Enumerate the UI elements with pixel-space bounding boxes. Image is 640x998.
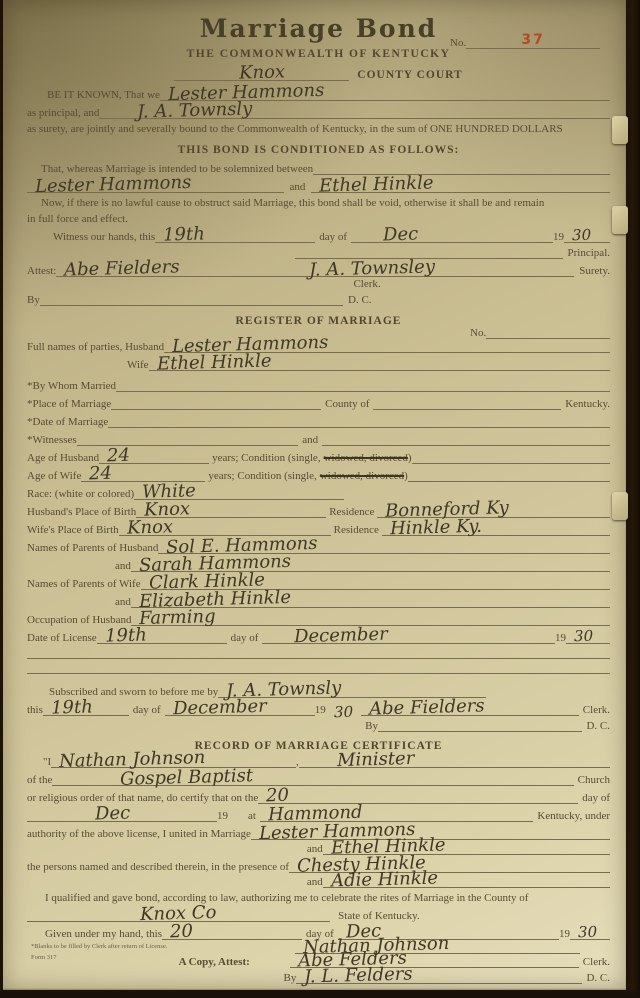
minister-title-handwritten: Minister bbox=[329, 750, 423, 770]
license-year-prefix: 19 bbox=[555, 632, 566, 644]
register-by-line bbox=[378, 731, 583, 732]
by-whom-row: *By Whom Married bbox=[27, 380, 610, 392]
united-bride-row: and Ethel Hinkle bbox=[27, 841, 610, 855]
as-principal-row: as principal, and J. A. Townsly bbox=[27, 105, 610, 119]
occupation-label: Occupation of Husband bbox=[27, 614, 131, 626]
license-label: Date of License bbox=[27, 632, 97, 644]
copy-by-row: By J. L. Felders D. C. bbox=[27, 970, 610, 984]
surety-label: Surety. bbox=[579, 265, 610, 277]
cert-month-line: Dec bbox=[27, 808, 217, 822]
date-of-marriage-line bbox=[108, 427, 610, 428]
age-husband-label: Age of Husband bbox=[27, 452, 99, 464]
register-by-row: By D. C. bbox=[27, 720, 610, 732]
lawful-text-2: in full force and effect. bbox=[27, 213, 128, 225]
witness-month-handwritten: Dec bbox=[375, 225, 427, 244]
age-husband-row: Age of Husband 24 years; Condition (sing… bbox=[27, 450, 610, 464]
footnote-form: Form 317 bbox=[31, 952, 167, 964]
photo-edge-bottom bbox=[0, 988, 640, 998]
church-label: Church bbox=[578, 774, 610, 786]
license-day-line: 19th bbox=[97, 630, 227, 644]
county-court-label: COUNTY COURT bbox=[357, 69, 462, 81]
presence-witness2-handwritten: Adie Hinkle bbox=[323, 869, 446, 890]
full-names-label: Full names of parties, Husband bbox=[27, 341, 164, 353]
witness-month-line: Dec bbox=[351, 229, 553, 243]
parents-wife-row: Names of Parents of Wife Clark Hinkle bbox=[27, 576, 610, 590]
copy-by-line: J. L. Felders bbox=[296, 970, 582, 984]
cert-day-line: 20 bbox=[258, 790, 578, 804]
wife-residence-label: Residence bbox=[334, 524, 379, 536]
age-wife-tail-line bbox=[408, 481, 610, 482]
conditioned-heading: THIS BOND IS CONDITIONED AS FOLLOWS: bbox=[27, 144, 610, 156]
attest-label: Attest: bbox=[27, 265, 56, 277]
given-label: Given under my hand, this bbox=[45, 928, 162, 940]
church-handwritten: Gospel Baptist bbox=[112, 767, 261, 788]
cert-at-label: at bbox=[248, 810, 256, 822]
husband-birth-row: Husband's Place of Birth Knox Residence … bbox=[27, 504, 610, 518]
surety-name-line: J. A. Townsly bbox=[99, 105, 610, 119]
day-of-label: day of bbox=[319, 231, 347, 243]
sworn-year-prefix: 19 bbox=[315, 704, 326, 716]
parents-wife-label: Names of Parents of Wife bbox=[27, 578, 141, 590]
place-label: *Place of Marriage bbox=[27, 398, 111, 410]
sworn-day-of: day of bbox=[133, 704, 161, 716]
minister-row: "I Nathan Johnson , Minister bbox=[27, 754, 610, 768]
bond-number-value: 37 bbox=[521, 32, 544, 48]
sworn-date-row: this 19th day of December 1930 Abe Field… bbox=[27, 702, 610, 716]
copy-dc-label: D. C. bbox=[586, 972, 610, 984]
cert-month-handwritten: Dec bbox=[87, 804, 139, 823]
bond-number: No. 37 bbox=[450, 32, 600, 49]
age-wife-handwritten: 24 bbox=[81, 464, 120, 482]
register-clerk-label: Clerk. bbox=[583, 704, 610, 716]
attest-clerk-signature: Abe Fielders bbox=[56, 258, 188, 279]
given-year-line: 30 bbox=[570, 927, 610, 940]
husband-residence-label: Residence bbox=[329, 506, 374, 518]
church-line: Gospel Baptist bbox=[52, 772, 573, 786]
bond-number-label: No. bbox=[450, 37, 466, 49]
register-clerk-sig-line: Abe Fielders bbox=[361, 702, 579, 716]
copy-clerk-label: Clerk. bbox=[583, 956, 610, 968]
sworn-year-handwritten: 30 bbox=[326, 704, 361, 719]
condition-husband-struck: widowed, divorced bbox=[324, 452, 408, 464]
qualified-text: I qualified and gave bond, according to … bbox=[45, 892, 528, 904]
husband-residence-line: Bonneford Ky bbox=[377, 504, 610, 518]
race-row: Race: (white or colored) White bbox=[27, 486, 610, 500]
qualified-row: I qualified and gave bond, according to … bbox=[27, 892, 610, 904]
wife-residence-handwritten: Hinkle Ky. bbox=[382, 517, 490, 537]
paper-tab-3 bbox=[612, 492, 628, 520]
register-heading: REGISTER OF MARRIAGE bbox=[27, 315, 610, 327]
by-whom-label: *By Whom Married bbox=[27, 380, 116, 392]
clerk-label: Clerk. bbox=[353, 278, 380, 290]
wife-name-row: Wife Ethel Hinkle bbox=[27, 357, 610, 371]
sworn-day-line: 19th bbox=[43, 702, 129, 716]
sworn-month-line: December bbox=[165, 702, 315, 716]
bond-by-row: By D. C. bbox=[27, 294, 610, 306]
presence-and: and bbox=[307, 876, 323, 888]
united-and: and bbox=[307, 843, 323, 855]
lawful-text-1: Now, if there is no lawful cause to obst… bbox=[41, 197, 544, 209]
witnesses-and: and bbox=[302, 434, 318, 446]
principal-label: Principal. bbox=[568, 247, 610, 259]
condition-husband-label: years; Condition (single, bbox=[212, 452, 320, 464]
license-day-handwritten: 19th bbox=[96, 626, 154, 645]
county-of-label: County of bbox=[325, 398, 369, 410]
wife-name-handwritten: Ethel Hinkle bbox=[148, 352, 279, 373]
register-by-label: By bbox=[365, 720, 378, 732]
register-dc-label: D. C. bbox=[586, 720, 610, 732]
surety-clause-row: as surety, are jointly and severally bou… bbox=[27, 123, 610, 135]
age-wife-label: Age of Wife bbox=[27, 470, 81, 482]
husband-name-row: Full names of parties, Husband Lester Ha… bbox=[27, 339, 610, 353]
county-of-line bbox=[373, 409, 561, 410]
race-line: White bbox=[134, 486, 344, 500]
presence-label: the persons named and described therein,… bbox=[27, 861, 289, 873]
lawful-clause-1: Now, if there is no lawful cause to obst… bbox=[27, 197, 610, 209]
race-label: Race: (white or colored) bbox=[27, 488, 134, 500]
presence-row: the persons named and described therein,… bbox=[27, 859, 610, 873]
by-line bbox=[40, 305, 343, 306]
sworn-day-handwritten: 19th bbox=[43, 698, 101, 717]
wife-name-line: Ethel Hinkle bbox=[149, 357, 610, 371]
license-date-row: Date of License 19th day of December 19 … bbox=[27, 630, 610, 644]
witness-hands-row: Witness our hands, this 19th day of Dec … bbox=[27, 229, 610, 243]
county-court-row: Knox COUNTY COURT bbox=[27, 67, 610, 81]
order-label: or religious order of that name, do cert… bbox=[27, 792, 258, 804]
by-whom-line bbox=[116, 391, 610, 392]
year-prefix: 19 bbox=[553, 231, 564, 243]
couple-names-row: Lester Hammons and Ethel Hinkle bbox=[27, 179, 610, 193]
minister-name-line: Nathan Johnson bbox=[51, 754, 296, 768]
surety-clause-text: as surety, are jointly and severally bou… bbox=[27, 123, 563, 135]
wife-birth-handwritten: Knox bbox=[118, 518, 180, 537]
deputy-signature: J. L. Felders bbox=[296, 965, 421, 986]
condition-wife-struck: widowed, divorced bbox=[320, 470, 404, 482]
occupation-row: Occupation of Husband Farming bbox=[27, 612, 610, 626]
license-day-of: day of bbox=[231, 632, 259, 644]
cert-date-place-row: Dec 19 at Hammond Kentucky, under bbox=[27, 808, 610, 822]
certificate-i-label: "I bbox=[43, 756, 51, 768]
qualified-county-row: Knox Co State of Kentucky. bbox=[27, 908, 610, 922]
authority-label: authority of the above license, I united… bbox=[27, 828, 251, 840]
license-month-handwritten: December bbox=[286, 625, 396, 645]
witnesses-label: *Witnesses bbox=[27, 434, 77, 446]
ky-under-label: Kentucky, under bbox=[537, 810, 610, 822]
church-row: of the Gospel Baptist Church bbox=[27, 772, 610, 786]
place-of-marriage-row: *Place of Marriage County of Kentucky. bbox=[27, 398, 610, 410]
witness-day-line: 19th bbox=[155, 229, 315, 243]
given-day-handwritten: 20 bbox=[162, 922, 201, 940]
husband-birth-label: Husband's Place of Birth bbox=[27, 506, 136, 518]
and-label: and bbox=[290, 181, 306, 193]
cert-year-prefix: 19 bbox=[217, 810, 228, 822]
parents-husband-label: Names of Parents of Husband bbox=[27, 542, 158, 554]
copy-by-label: By bbox=[284, 972, 297, 984]
cert-day-handwritten: 20 bbox=[258, 786, 297, 804]
surety-sign-line: J. A. Townsley bbox=[301, 263, 574, 277]
groom-handwritten: Lester Hammons bbox=[27, 174, 200, 196]
bride-line: Ethel Hinkle bbox=[311, 179, 610, 193]
license-month-line: December bbox=[262, 630, 555, 644]
license-year-handwritten: 30 bbox=[566, 629, 601, 644]
parents-husband-row: Names of Parents of Husband Sol E. Hammo… bbox=[27, 540, 610, 554]
register-clerk-signature: Abe Fielders bbox=[361, 697, 493, 718]
united-row: authority of the above license, I united… bbox=[27, 826, 610, 840]
given-day-line: 20 bbox=[162, 926, 302, 940]
county-name-handwritten: Knox bbox=[231, 63, 293, 82]
be-it-known-label: BE IT KNOWN, That we bbox=[47, 89, 160, 101]
paper-tab-2 bbox=[612, 206, 628, 234]
sworn-this-label: this bbox=[27, 704, 43, 716]
paper-tab-1 bbox=[612, 116, 628, 144]
be-it-known-row: BE IT KNOWN, That we Lester Hammons bbox=[27, 87, 610, 101]
minister-title-line: Minister bbox=[299, 754, 610, 768]
condition-wife-label: years; Condition (single, bbox=[208, 470, 316, 482]
mother-husband-row: and Sarah Hammons bbox=[27, 558, 610, 572]
witnesses-line-2 bbox=[322, 445, 610, 446]
wife-birth-label: Wife's Place of Birth bbox=[27, 524, 119, 536]
bride-handwritten: Ethel Hinkle bbox=[311, 174, 442, 195]
mother-husband-and: and bbox=[115, 560, 131, 572]
witness-day-handwritten: 19th bbox=[155, 225, 213, 244]
of-the-label: of the bbox=[27, 774, 52, 786]
surety-name-handwritten: J. A. Townsly bbox=[129, 100, 261, 121]
age-husband-tail-line bbox=[412, 463, 610, 464]
sworn-month-handwritten: December bbox=[165, 697, 275, 717]
blank-rule-2 bbox=[27, 673, 610, 674]
given-year-handwritten: 30 bbox=[570, 925, 605, 940]
sworn-row: Subscribed and sworn to before me by J. … bbox=[27, 684, 610, 698]
mother-wife-and: and bbox=[115, 596, 131, 608]
witness-year-handwritten: 30 bbox=[564, 228, 599, 243]
marriage-bond-document: Marriage Bond No. 37 THE COMMONWEALTH OF… bbox=[3, 0, 626, 990]
license-year-line: 30 bbox=[566, 631, 610, 644]
attest-sig-line: Abe Fielders bbox=[56, 263, 301, 277]
father-wife-line: Clark Hinkle bbox=[141, 576, 610, 590]
blank-rule-1 bbox=[27, 658, 610, 659]
kentucky-label: Kentucky. bbox=[565, 398, 610, 410]
copy-attest-label: A Copy, Attest: bbox=[179, 956, 250, 968]
register-no-label: No. bbox=[470, 327, 486, 339]
by-label: By bbox=[27, 294, 40, 306]
footnote: *Blanks to be filled by Clerk after retu… bbox=[31, 941, 167, 964]
witness2-line: Adie Hinkle bbox=[323, 874, 610, 888]
wife-residence-line: Hinkle Ky. bbox=[382, 522, 610, 536]
surety-signature: J. A. Townsley bbox=[301, 258, 443, 279]
place-line bbox=[111, 409, 321, 410]
witness-year-line: 30 bbox=[564, 230, 610, 243]
bond-number-line: 37 bbox=[466, 32, 600, 49]
footnote-note: *Blanks to be filled by Clerk after retu… bbox=[31, 941, 167, 953]
cert-day-of: day of bbox=[582, 792, 610, 804]
mother-husband-line: Sarah Hammons bbox=[131, 558, 610, 572]
groom-line: Lester Hammons bbox=[27, 179, 284, 193]
mother-wife-row: and Elizabeth Hinkle bbox=[27, 594, 610, 608]
date-of-marriage-row: *Date of Marriage bbox=[27, 416, 610, 428]
dc-label: D. C. bbox=[348, 294, 372, 306]
witness-label: Witness our hands, this bbox=[53, 231, 155, 243]
age-wife-row: Age of Wife 24 years; Condition (single,… bbox=[27, 468, 610, 482]
attest-surety-row: Attest: Abe Fielders J. A. Townsley Sure… bbox=[27, 263, 610, 277]
age-husband-line: 24 bbox=[99, 450, 209, 464]
date-of-marriage-label: *Date of Marriage bbox=[27, 416, 108, 428]
commonwealth-subtitle: THE COMMONWEALTH OF KENTUCKY bbox=[27, 48, 610, 60]
wife-label: Wife bbox=[127, 359, 149, 371]
given-year-prefix: 19 bbox=[559, 928, 570, 940]
lawful-clause-2: in full force and effect. bbox=[27, 213, 610, 225]
qualified-county-line: Knox Co bbox=[27, 908, 330, 922]
as-principal-label: as principal, and bbox=[27, 107, 99, 119]
